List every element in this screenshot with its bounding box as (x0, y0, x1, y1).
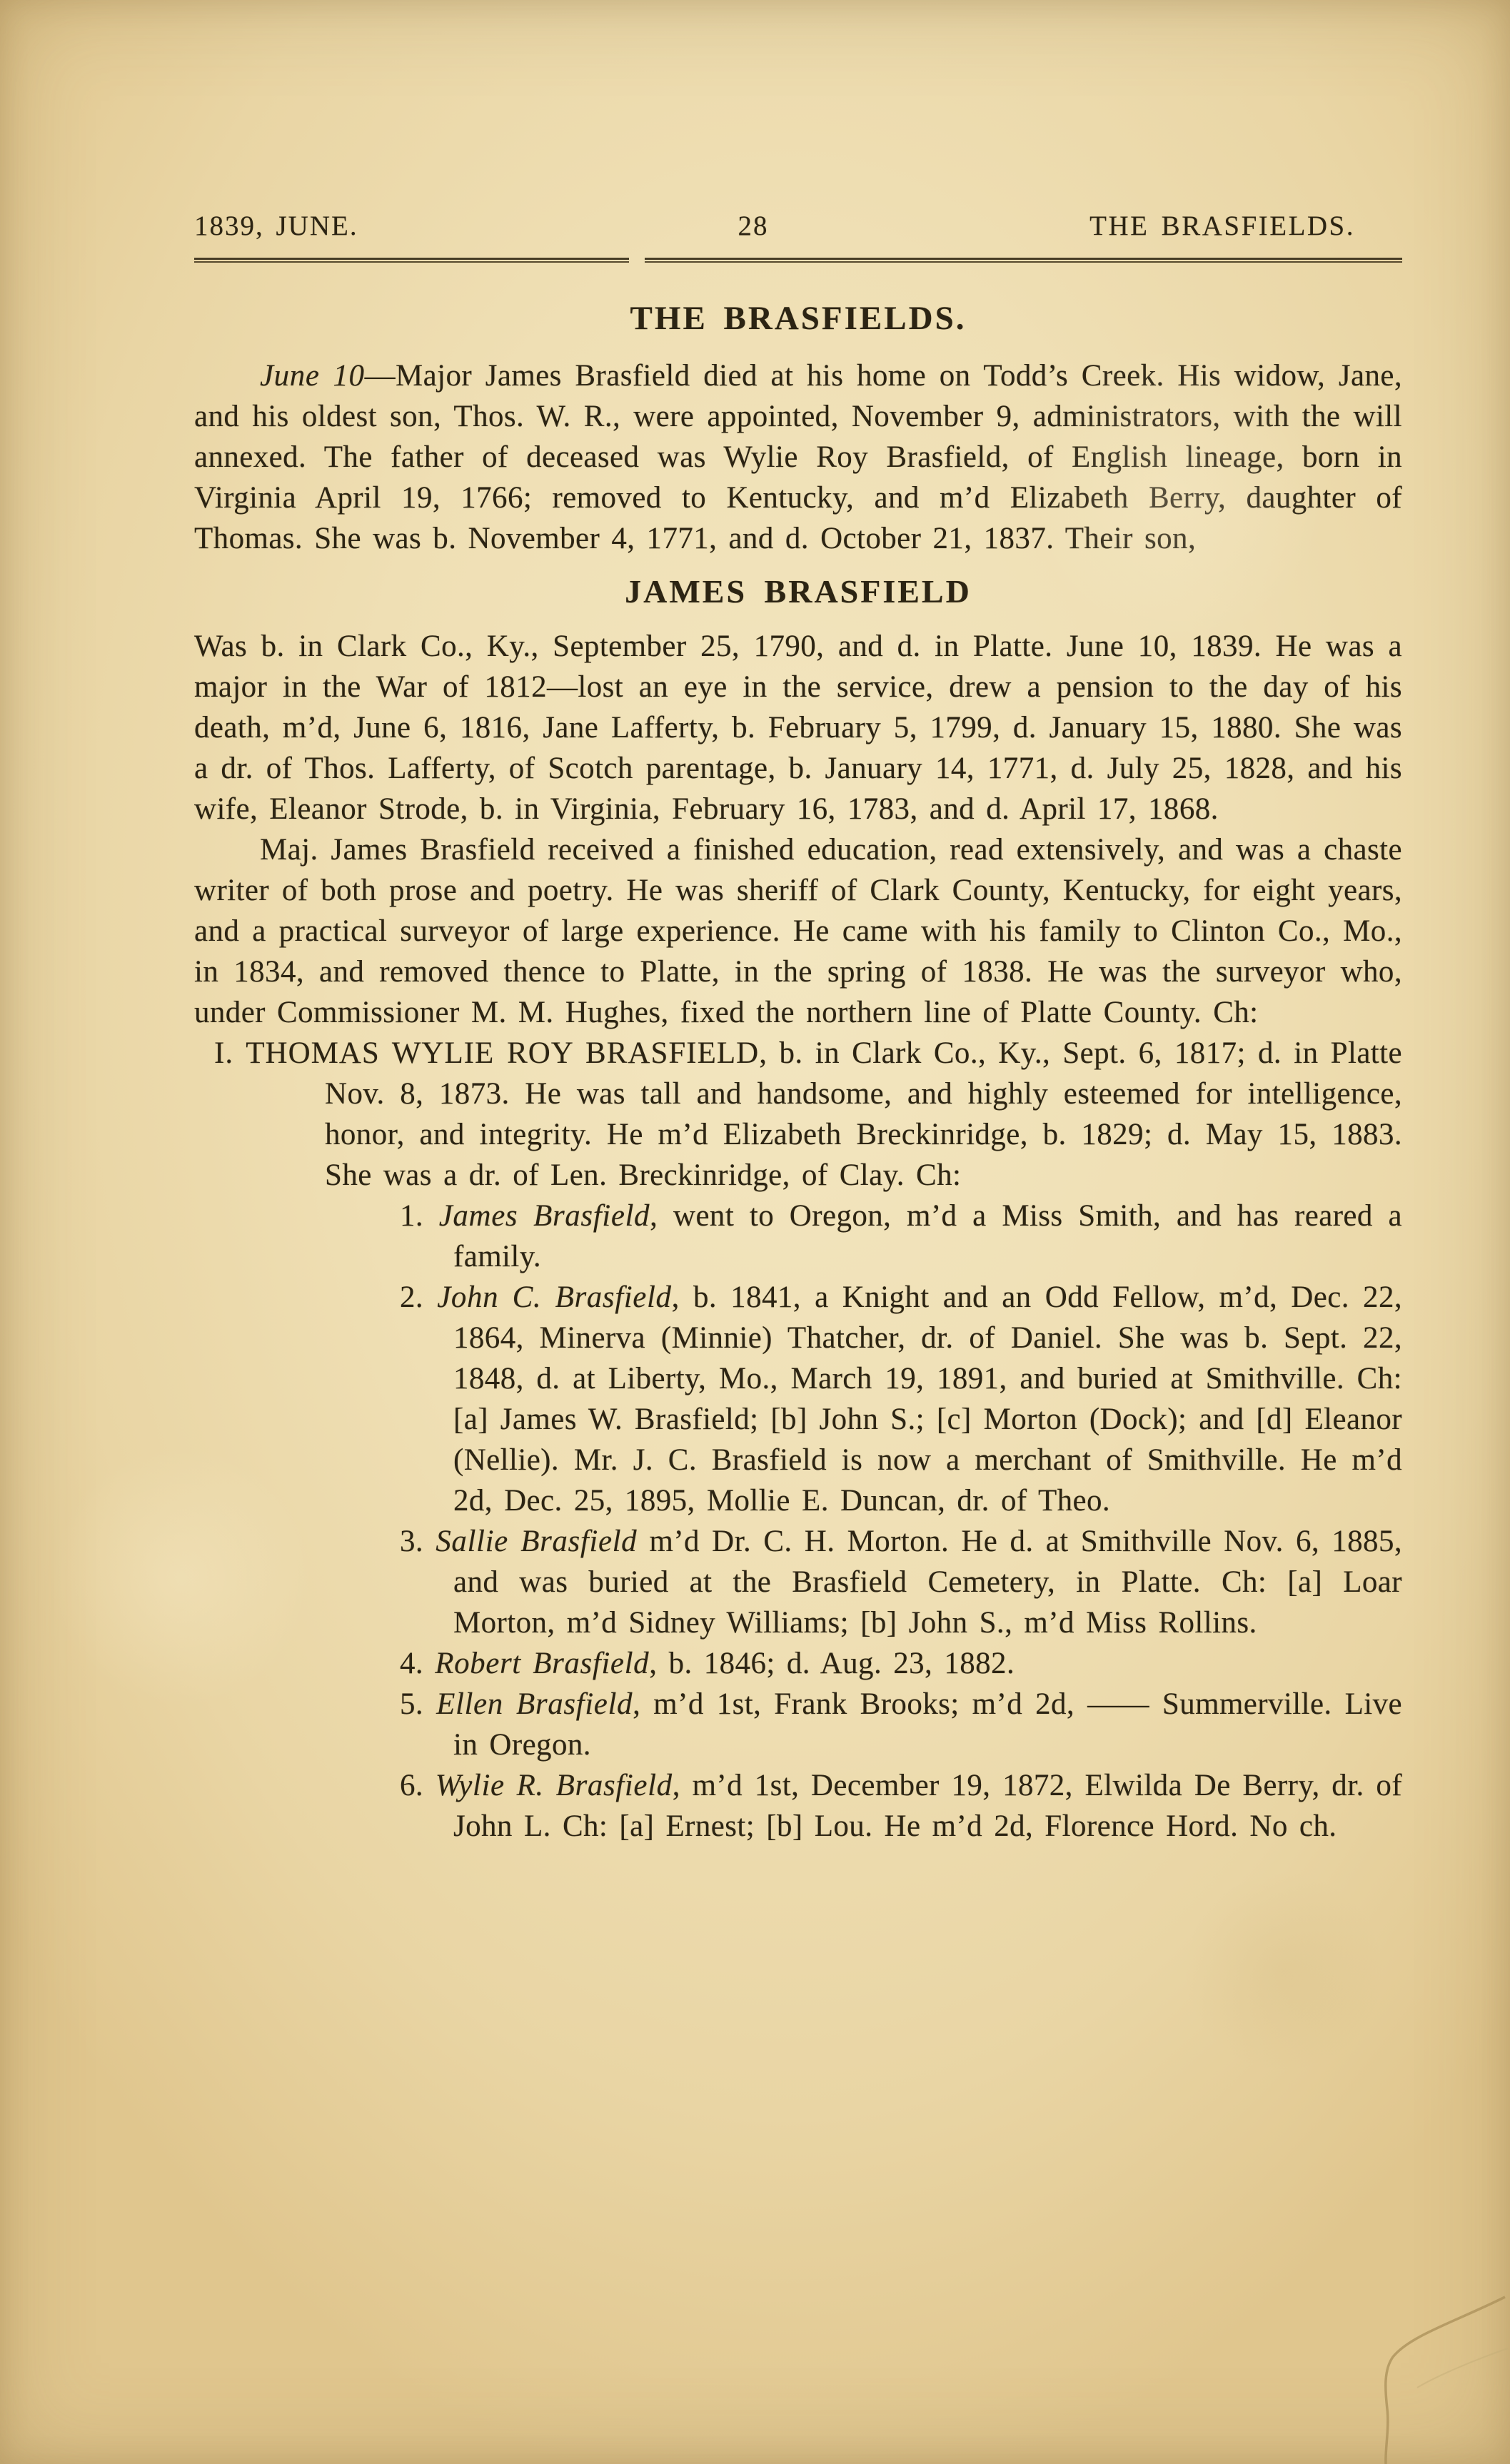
child-name: Sallie Brasfield (436, 1525, 637, 1558)
child-entry-4: 4. Robert Brasfield, b. 1846; d. Aug. 23… (194, 1643, 1402, 1684)
subject-heading: JAMES BRASFIELD (194, 573, 1402, 610)
child-name: James Brasfield (439, 1199, 650, 1233)
child-entry-5: 5. Ellen Brasfield, m’d 1st, Frank Brook… (194, 1684, 1402, 1765)
header-rule (194, 258, 1402, 263)
header-date: 1839, JUNE. (194, 206, 760, 246)
book-page: 1839, JUNE. 28 THE BRASFIELDS. THE BRASF… (0, 0, 1510, 2464)
subject-paragraph: Was b. in Clark Co., Ky., September 25, … (194, 626, 1402, 829)
generation-name: THOMAS WYLIE ROY BRASFIELD (246, 1036, 759, 1070)
child-name: John C. Brasfield (437, 1281, 671, 1314)
section-title: THE BRASFIELDS. (194, 300, 1402, 337)
child-entry-6: 6. Wylie R. Brasfield, m’d 1st, December… (194, 1765, 1402, 1847)
intro-paragraph: June 10—Major James Brasfield died at hi… (194, 355, 1402, 559)
header-rule-right-segment (645, 258, 1402, 263)
child-name: Wylie R. Brasfield (436, 1769, 673, 1802)
child-number: 4. (400, 1647, 423, 1680)
child-text: , b. 1846; d. Aug. 23, 1882. (649, 1647, 1015, 1680)
child-number: 1. (400, 1199, 423, 1233)
child-number: 2. (400, 1281, 423, 1314)
header-title: THE BRASFIELDS. (790, 206, 1356, 246)
child-name: Ellen Brasfield (436, 1687, 633, 1721)
page-number: 28 (738, 206, 769, 246)
child-entry-3: 3. Sallie Brasfield m’d Dr. C. H. Morton… (194, 1521, 1402, 1643)
page-content: 1839, JUNE. 28 THE BRASFIELDS. THE BRASF… (194, 206, 1402, 1847)
header-rule-left-segment (194, 258, 629, 263)
child-number: 6. (400, 1769, 423, 1802)
generation-entry-I: I. THOMAS WYLIE ROY BRASFIELD, b. in Cla… (194, 1033, 1402, 1196)
generation-numeral: I. (214, 1036, 233, 1070)
child-number: 5. (400, 1687, 423, 1721)
child-name: Robert Brasfield (435, 1647, 649, 1680)
intro-text: —Major James Brasfield died at his home … (194, 359, 1402, 555)
running-header: 1839, JUNE. 28 THE BRASFIELDS. (194, 206, 1402, 246)
child-number: 3. (400, 1525, 423, 1558)
child-text: , b. 1841, a Knight and an Odd Fellow, m… (453, 1281, 1402, 1518)
bio-paragraph: Maj. James Brasfield received a finished… (194, 829, 1402, 1033)
child-entry-1: 1. James Brasfield, went to Oregon, m’d … (194, 1196, 1402, 1277)
intro-lead-italic: June 10 (260, 359, 365, 393)
child-entry-2: 2. John C. Brasfield, b. 1841, a Knight … (194, 1277, 1402, 1521)
